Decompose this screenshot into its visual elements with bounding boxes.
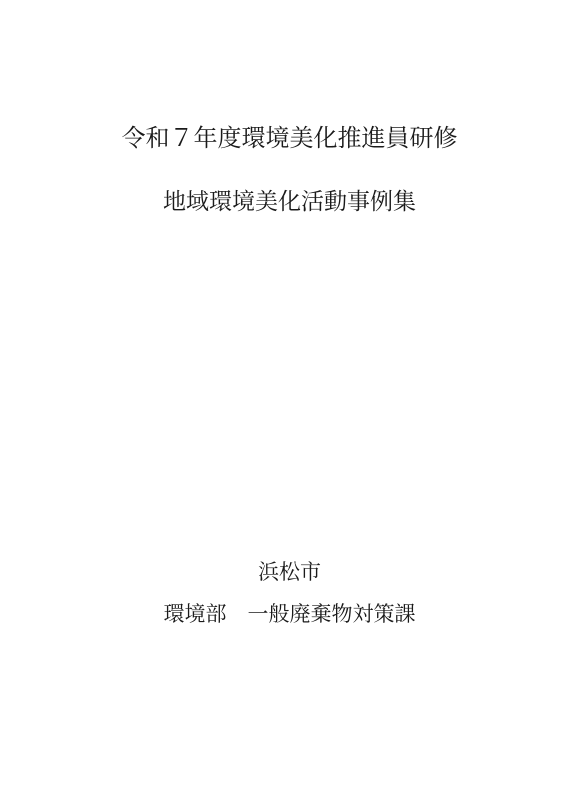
document-page: 令和７年度環境美化推進員研修 地域環境美化活動事例集 浜松市 環境部 一般廃棄物… (0, 0, 567, 800)
publisher-name: 浜松市 (6, 558, 567, 586)
department-name: 環境部 一般廃棄物対策課 (6, 600, 567, 628)
document-subtitle: 地域環境美化活動事例集 (6, 186, 567, 218)
document-title: 令和７年度環境美化推進員研修 (6, 122, 567, 154)
